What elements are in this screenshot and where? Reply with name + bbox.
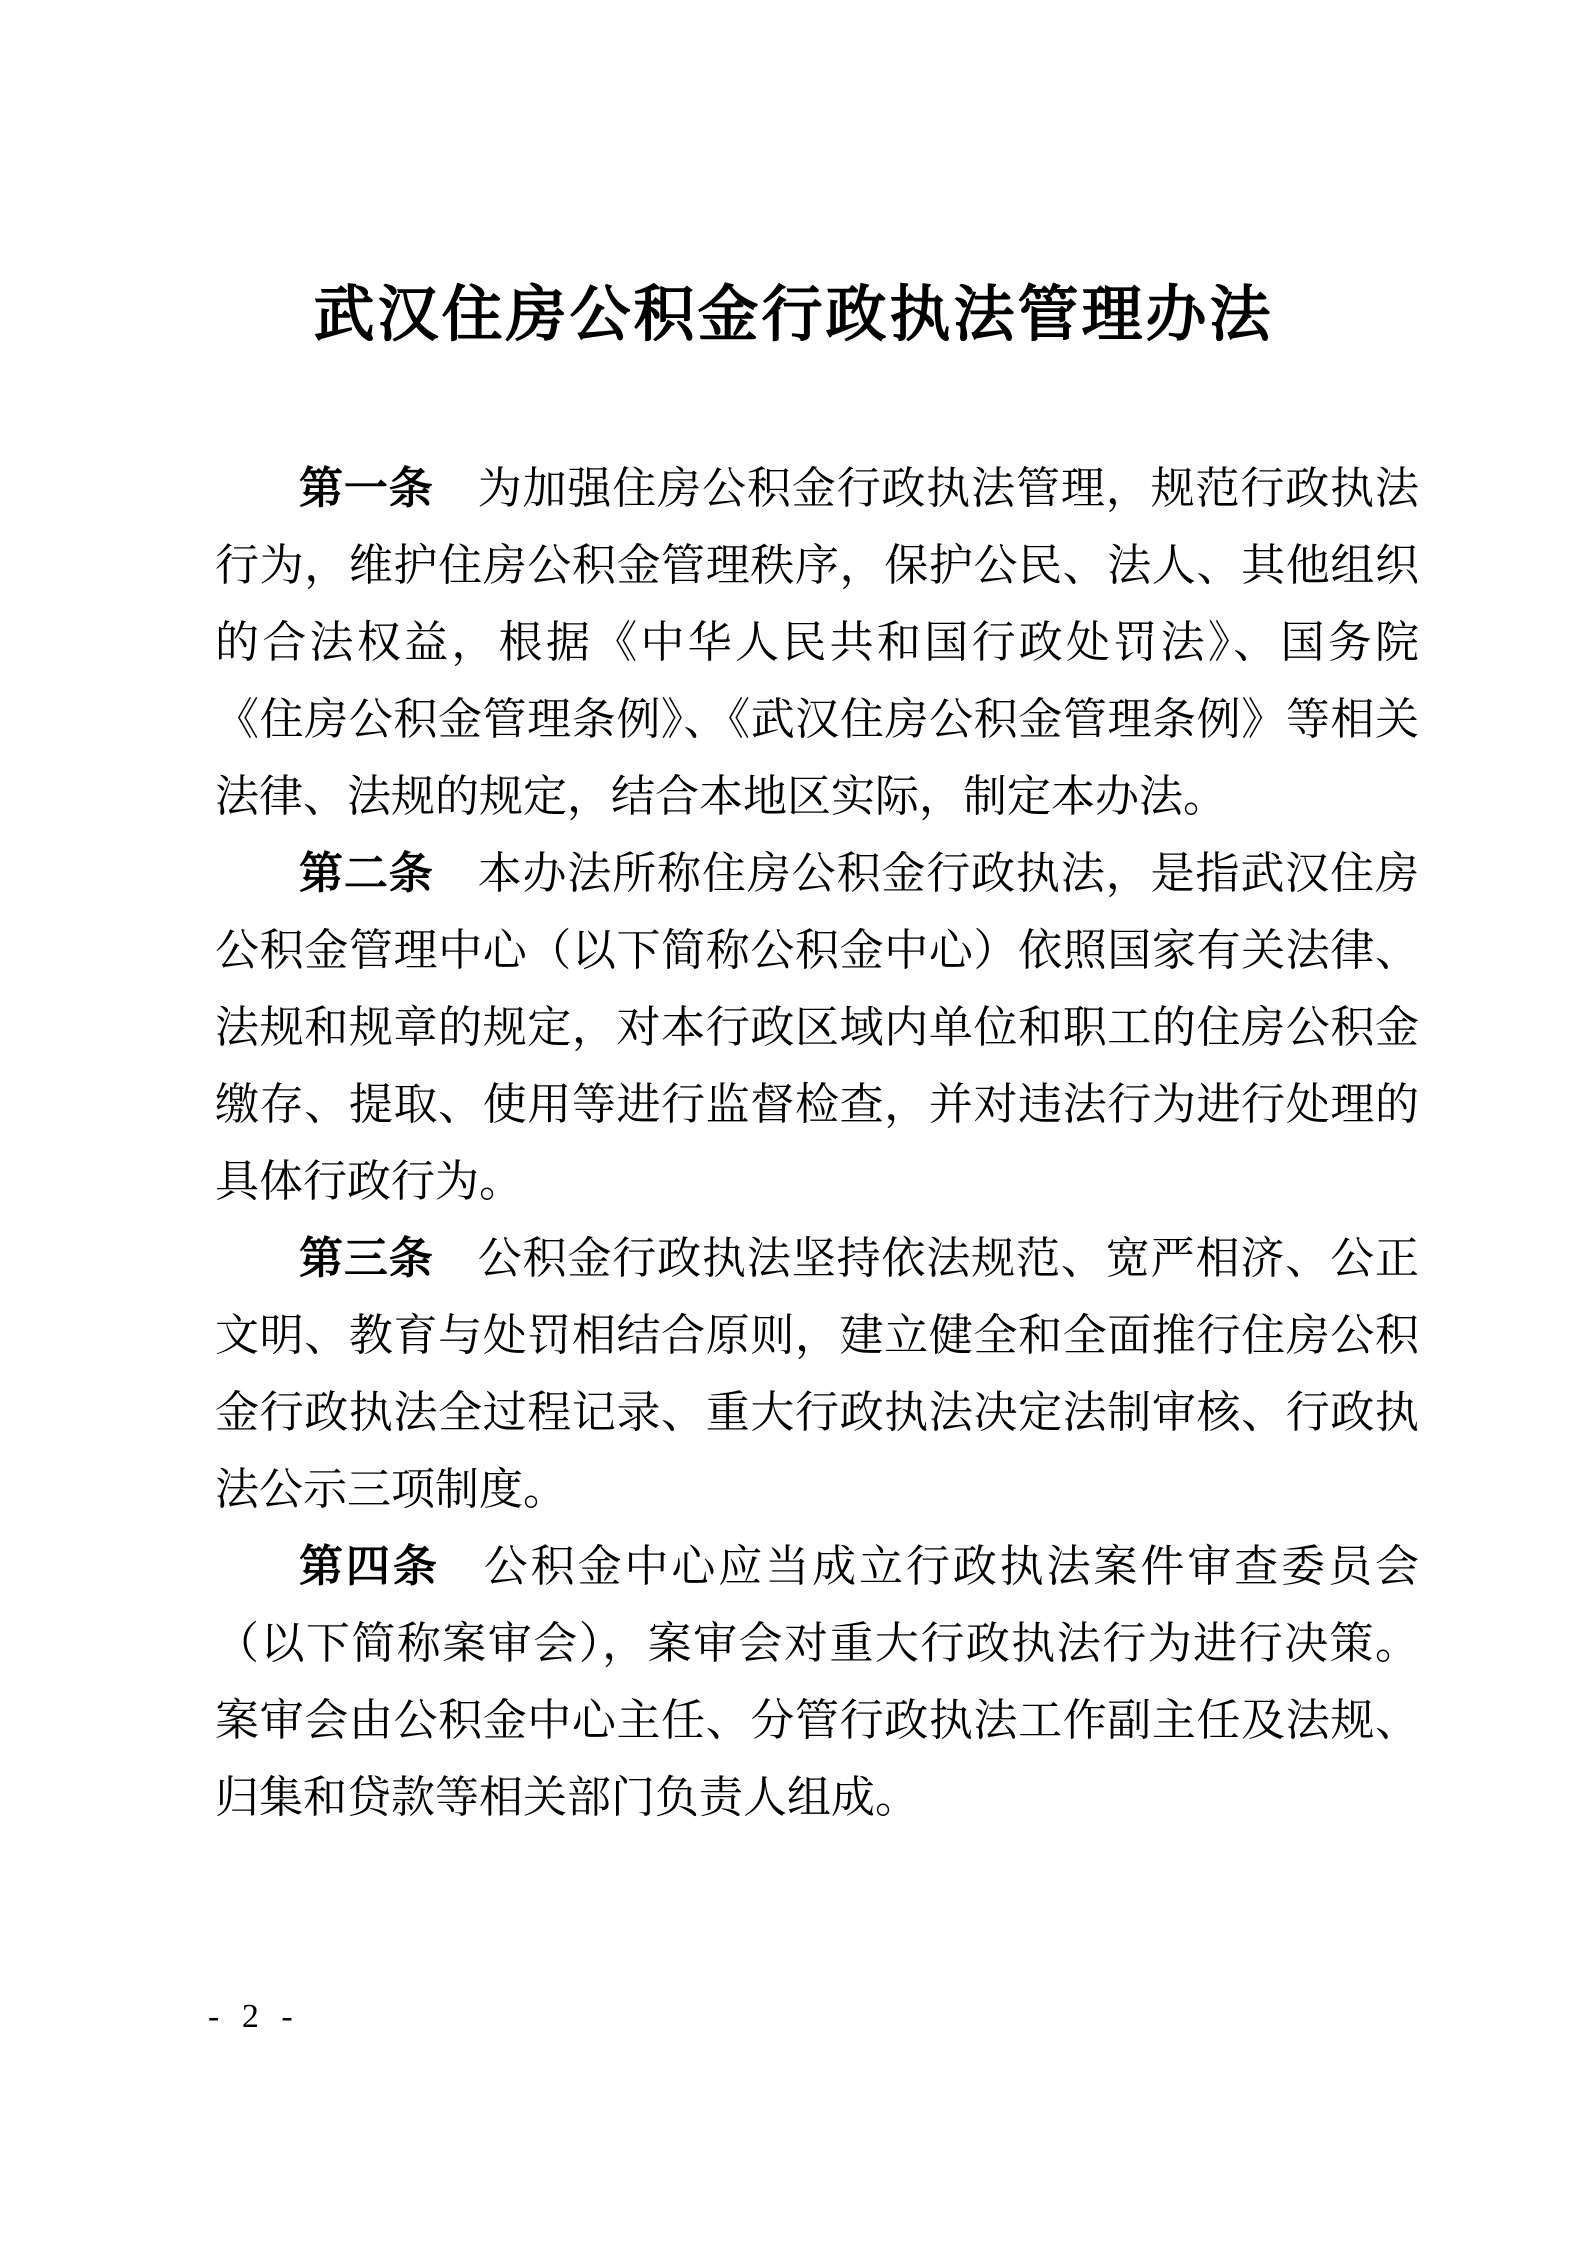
- article-paragraph-3: 第三条公积金行政执法坚持依法规范、宽严相济、公正文明、教育与处罚相结合原则，建立…: [215, 1220, 1419, 1528]
- page-title: 武汉住房公积金行政执法管理办法: [0, 0, 1587, 350]
- article-2-text: 本办法所称住房公积金行政执法，是指武汉住房公积金管理中心（以下简称公积金中心）依…: [215, 849, 1419, 1206]
- page-number: - 2 -: [208, 1998, 300, 2036]
- article-1-text: 为加强住房公积金行政执法管理，规范行政执法行为，维护住房公积金管理秩序，保护公民…: [215, 464, 1419, 821]
- article-paragraph-4: 第四条公积金中心应当成立行政执法案件审查委员会（以下简称案审会），案审会对重大行…: [215, 1528, 1419, 1836]
- article-paragraph-2: 第二条本办法所称住房公积金行政执法，是指武汉住房公积金管理中心（以下简称公积金中…: [215, 835, 1419, 1220]
- document-body: 第一条为加强住房公积金行政执法管理，规范行政执法行为，维护住房公积金管理秩序，保…: [215, 450, 1419, 1836]
- article-2-label: 第二条: [299, 849, 434, 898]
- article-1-label: 第一条: [299, 464, 434, 513]
- document-page: 武汉住房公积金行政执法管理办法 第一条为加强住房公积金行政执法管理，规范行政执法…: [0, 0, 1587, 2245]
- article-3-label: 第三条: [299, 1234, 434, 1283]
- article-paragraph-1: 第一条为加强住房公积金行政执法管理，规范行政执法行为，维护住房公积金管理秩序，保…: [215, 450, 1419, 835]
- article-4-label: 第四条: [299, 1542, 440, 1591]
